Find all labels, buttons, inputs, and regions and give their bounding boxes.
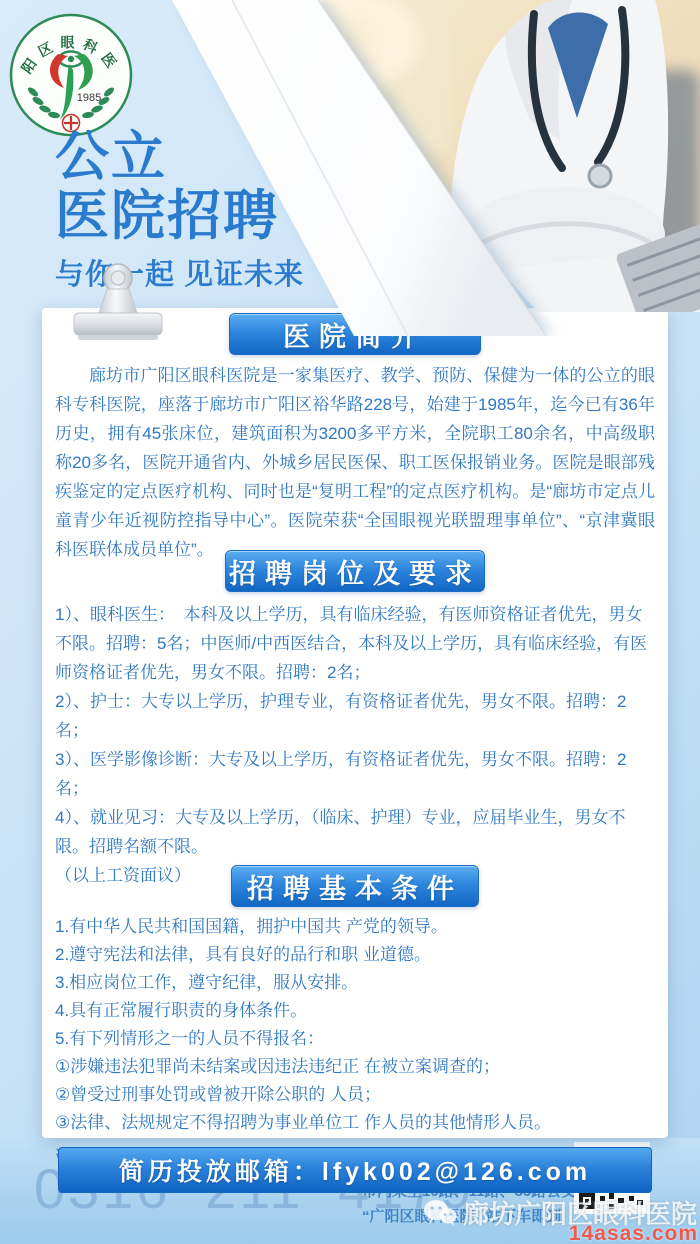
condition-item: ②曾受过刑事处罚或曾被开除公职的 人员； <box>55 1081 655 1109</box>
title-line-1: 公立 <box>55 128 304 187</box>
condition-item: ③法律、法规规定不得招聘为事业单位工 作人员的其他情形人员。 <box>55 1109 655 1137</box>
recruitment-poster: 广阳区眼科医院 1985 公立 医院招聘 与你一 <box>0 0 700 1244</box>
content-card: 医院简介 廊坊市广阳区眼科医院是一家集医疗、教学、预防、保健为一体的公立的眼科专… <box>42 308 668 1138</box>
wechat-icon <box>423 1199 457 1227</box>
scrub-vneck <box>548 12 608 118</box>
condition-item: 3.相应岗位工作，遵守纪律，服从安排。 <box>55 969 655 997</box>
positions-list: 1）、眼科医生： 本科及以上学历，具有临床经验，有医师资格证者优先，男女不限。招… <box>55 600 655 890</box>
condition-item: 5.有下列情形之一的人员不得报名： <box>55 1025 655 1053</box>
condition-item: 4.具有正常履行职责的身体条件。 <box>55 997 655 1025</box>
hospital-intro-paragraph: 廊坊市广阳区眼科医院是一家集医疗、教学、预防、保健为一体的公立的眼科专科医院，座… <box>55 361 655 564</box>
title-line-2: 医院招聘 <box>55 187 304 246</box>
section-header-positions: 招聘岗位及要求 <box>225 550 485 592</box>
condition-item: 1.有中华人民共和国国籍，拥护中国共 产党的领导。 <box>55 913 655 941</box>
section-header-conditions: 招聘基本条件 <box>231 865 479 907</box>
conditions-list: 1.有中华人民共和国国籍，拥护中国共 产党的领导。 2.遵守宪法和法律，具有良好… <box>55 913 655 1137</box>
section-header-hospital-intro: 医院简介 <box>229 313 481 355</box>
condition-item: ①涉嫌违法犯罪尚未结案或因违法违纪正 在被立案调查的； <box>55 1053 655 1081</box>
position-item: 2）、护士：大专以上学历，护理专业，有资格证者优先，男女不限。招聘：2名； <box>55 687 655 745</box>
binder-clip-icon <box>68 263 168 345</box>
hospital-logo: 广阳区眼科医院 1985 <box>8 12 134 138</box>
doctor-photo <box>240 0 700 330</box>
position-item: 1）、眼科医生： 本科及以上学历，具有临床经验，有医师资格证者优先，男女不限。招… <box>55 600 655 687</box>
doctor-coat <box>447 0 668 330</box>
position-item: 3）、医学影像诊断：大专及以上学历，有资格证者优先，男女不限。招聘：2名； <box>55 745 655 803</box>
resume-email-banner: 简历投放邮箱：lfyk002@126.com <box>58 1147 652 1193</box>
logo-year: 1985 <box>77 92 101 104</box>
watermark-site-text: 14asas.com <box>569 1222 698 1244</box>
condition-item: 2.遵守宪法和法律，具有良好的品行和职 业道德。 <box>55 941 655 969</box>
position-item: 4）、就业见习：大专及以上学历，（临床、护理）专业，应届毕业生，男女不限。招聘名… <box>55 803 655 861</box>
stethoscope-icon <box>532 14 562 168</box>
